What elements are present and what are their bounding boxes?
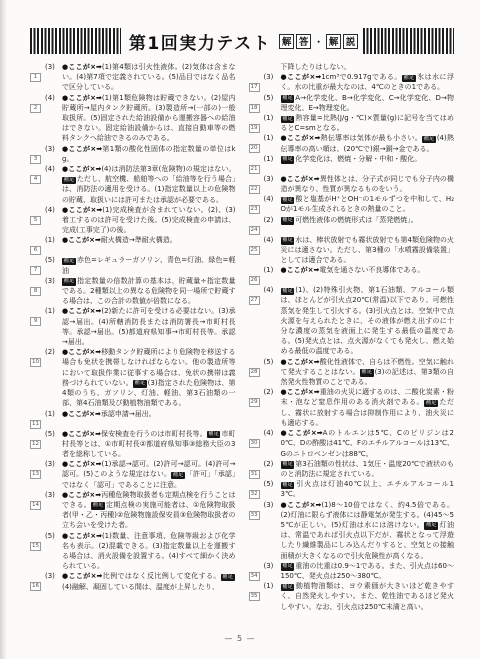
answer-item: 22(3)●ここが×➡異性体とは、分子式が同じでも分子内の構造が異なり、性質が異… <box>249 174 455 194</box>
item-answer: (4) <box>45 164 62 174</box>
wrong-marker: ●ここが×➡ <box>62 165 101 173</box>
item-number: 9 <box>30 317 41 326</box>
answer-item: 3(3)●ここが×➡第1類の酸化性固体の指定数量の単位はkg。 <box>30 144 236 164</box>
answer-item: 17(3)●ここが×➡1cm³で0.917gである。補足氷は水に浮く。水の比重が… <box>249 72 455 92</box>
item-explanation: ●ここが×➡丙種危険物取扱者も定期点検を行うことはできる。補足定期点検の実施可能… <box>62 490 236 531</box>
item-number-cell: 11 <box>30 409 45 429</box>
item-number-cell: 22 <box>249 174 264 194</box>
item-answer: (3) <box>45 144 62 154</box>
item-number-cell: 4 <box>30 164 45 184</box>
item-number: 4 <box>30 175 41 184</box>
answer-item: 13(3)●ここが×➡(1)承認→認可。(2)許可→認可。(4)許可→認可。(5… <box>30 459 236 490</box>
wrong-marker: ●ここが×➡ <box>62 206 102 214</box>
item-answer: (5) <box>45 255 62 265</box>
item-number: 22 <box>249 185 260 194</box>
hosoku-label: 補足 <box>62 177 76 184</box>
answer-item: 25(4)補足水は、棒状放射でも霧状放射でも第4類危険物の火災には適さない。ただ… <box>249 235 455 266</box>
answer-item: 23(4)補足酸と塩基がH⁺とOH⁻の1モルずつを中和して、H₂Oが1モル生成さ… <box>249 194 455 214</box>
wrong-marker: ●ここが×➡ <box>62 145 102 153</box>
item-answer: (3) <box>264 174 281 184</box>
item-answer: (4) <box>264 285 281 295</box>
item-explanation: ●ここが×➡1cm³で0.917gである。補足氷は水に浮く。水の比重が最大なのは… <box>281 72 455 92</box>
answer-item: 下降したりはしない。 <box>249 62 455 72</box>
content-columns: 1(3)●ここが×➡(1)第4類は引火性液体。(2)気体は含まない。(4)第7項… <box>30 62 454 612</box>
answer-item: 11(1)●ここが×➡承認申請→届出。 <box>30 409 236 429</box>
answer-item: 7(5)補足赤色=レギュラーガソリン、青色=灯油、緑色=軽油 <box>30 255 236 275</box>
item-answer: (4) <box>264 428 281 438</box>
answer-item: 24(2)補足可燃性液体の燃焼形式は「蒸発燃焼」。 <box>249 215 455 235</box>
item-explanation: 補足酸と塩基がH⁺とOH⁻の1モルずつを中和して、H₂Oが1モル生成されるときの… <box>281 194 455 214</box>
item-number: 7 <box>30 266 41 275</box>
item-number-cell: 14 <box>30 490 45 510</box>
item-explanation: 補足引火点は灯油40℃以上、エチルアルコール13℃。 <box>281 479 455 499</box>
right-stripe-bar <box>363 28 454 54</box>
answer-item: 8(3)補足指定数量の倍数計算の基本は、貯蔵量÷指定数量である。2種類以上の異な… <box>30 276 236 307</box>
item-answer: (1) <box>264 154 281 164</box>
item-number: 34 <box>249 572 260 581</box>
item-answer: (1) <box>45 235 62 245</box>
item-answer: (5) <box>45 429 62 439</box>
item-number-cell: 27 <box>249 285 264 305</box>
item-explanation: ●ここが×➡(2)新たに許可を受ける必要はない。(3)承認→届出。(4)所轄消防… <box>62 306 236 347</box>
item-explanation: ●ここが×➡(1)8〜10倍ではなく、約4.5倍である。(2)灯油に限らず液体に… <box>281 500 455 561</box>
answer-explanation-page: 第1回実力テスト 解 答 ・ 解 説 1(3)●ここが×➡(1)第4類は引火性液… <box>0 0 480 659</box>
hosoku-label: 補足 <box>281 461 295 468</box>
title-bar: 第1回実力テスト 解 答 ・ 解 説 <box>30 26 454 56</box>
answer-item: 4(4)●ここが×➡(4)は消防法第3章(危険物)の規定はない。補足ただし、航空… <box>30 164 236 205</box>
item-number-cell: 10 <box>30 347 45 367</box>
answer-item: 26(1)●ここが×➡電気を通さない不良導体である。 <box>249 265 455 285</box>
left-column: 1(3)●ここが×➡(1)第4類は引火性液体。(2)気体は含まない。(4)第7項… <box>30 62 236 612</box>
item-explanation: ●ここが×➡Aのトルエンは5℃、Cのピリジンは20℃、Dの酢酸は41℃、Fのエチ… <box>281 428 455 459</box>
item-answer: (3) <box>45 571 62 581</box>
item-number: 3 <box>30 155 41 164</box>
item-answer: (1) <box>264 581 281 591</box>
wrong-marker: ●ここが×➡ <box>62 63 102 71</box>
item-explanation: ●ここが×➡酸化性液体で、自らは不燃性。空気に触れて発火することはない。補足(3… <box>281 357 455 388</box>
item-number-cell: 34 <box>249 561 264 581</box>
item-answer: (3) <box>45 459 62 469</box>
answer-item: 9(1)●ここが×➡(2)新たに許可を受ける必要はない。(3)承認→届出。(4)… <box>30 306 236 347</box>
wrong-marker: ●ここが×➡ <box>281 134 321 142</box>
hosoku-label: 補足 <box>281 563 295 570</box>
hosoku-label: 補足 <box>402 75 416 82</box>
item-explanation: 補足A→化学変化、B→化学変化、C→化学変化、D→物理変化、E→物理変化。 <box>281 93 455 113</box>
item-explanation: ●ここが×➡保安検査を行うのは市町村長等。補足市町村長等とは、①市町村長②都道府… <box>62 429 236 460</box>
item-answer: (3) <box>264 72 281 82</box>
item-number: 17 <box>249 83 260 92</box>
item-number: 14 <box>30 501 41 510</box>
item-number: 21 <box>249 165 260 174</box>
hosoku-label: 補足 <box>281 197 295 204</box>
answer-item: 30(4)●ここが×➡Aのトルエンは5℃、Cのピリジンは20℃、Dの酢酸は41℃… <box>249 428 455 459</box>
item-answer: (3) <box>264 500 281 510</box>
item-number: 8 <box>30 287 41 296</box>
label-char-dot: ・ <box>313 35 324 48</box>
item-answer: (5) <box>264 93 281 103</box>
hosoku-label: 補足 <box>281 584 295 591</box>
item-explanation: ●ここが×➡承認申請→届出。 <box>62 409 236 419</box>
item-answer: (2) <box>45 347 62 357</box>
item-explanation: 補足指定数量の倍数計算の基本は、貯蔵量÷指定数量である。2種類以上の異なる危険物… <box>62 276 236 307</box>
wrong-marker: ●ここが×➡ <box>62 307 101 315</box>
item-explanation: 補足水は、棒状放射でも霧状放射でも第4類危険物の火災には適さない。ただし、第3種… <box>281 235 455 266</box>
hosoku-label: 補足 <box>281 156 295 163</box>
wrong-marker: ●ここが×➡ <box>62 572 102 580</box>
item-number-cell: 20 <box>249 133 264 153</box>
item-number-cell: 6 <box>30 235 45 255</box>
item-number: 26 <box>249 276 260 285</box>
item-number: 18 <box>249 104 260 113</box>
wrong-marker: ●ここが×➡ <box>281 73 322 81</box>
answer-item: 31(2)補足第3石油類の性状は、1気圧・温度20℃で液状のものと消防法に規定さ… <box>249 459 455 479</box>
item-number-cell: 2 <box>30 93 45 113</box>
hosoku-label: 補足 <box>91 502 105 509</box>
answer-item: 16(3)●ここが×➡比例ではなく反比例して変化する。補足(4)融解、凝固してい… <box>30 571 236 591</box>
wrong-marker: ●ここが×➡ <box>62 348 101 356</box>
hosoku-label: 補足 <box>281 288 295 295</box>
label-char-kai1: 解 <box>279 34 294 49</box>
answer-item: 29(2)●ここが×➡重油の火災に適するのは、二酸化炭素・粉末・泡など窒息作用の… <box>249 387 455 428</box>
item-number: 5 <box>30 216 41 225</box>
item-answer: (1) <box>264 265 281 275</box>
answer-item: 32(5)補足引火点は灯油40℃以上、エチルアルコール13℃。 <box>249 479 455 499</box>
item-explanation: ●ここが×➡熱伝導率は気体が最も小さい。補足(4)熱伝導率の高い順は、(20℃で… <box>281 133 455 153</box>
item-number-cell: 5 <box>30 205 45 225</box>
answer-item: 2(4)●ここが×➡(1)第1類危険物は貯蔵できない。(2)屋内貯蔵所→屋内タン… <box>30 93 236 144</box>
hosoku-label: 補足 <box>133 380 147 387</box>
item-explanation: ●ここが×➡耐火構造→準耐火構造。 <box>62 235 236 245</box>
item-number-cell: 30 <box>249 428 264 448</box>
hosoku-label: 補足 <box>424 400 438 407</box>
item-answer: (3) <box>45 62 62 72</box>
hosoku-label: 補足 <box>221 574 235 581</box>
label-char-setsu: 説 <box>343 34 358 49</box>
hosoku-label: 補足 <box>281 217 295 224</box>
item-explanation: ●ここが×➡移動タンク貯蔵所により危険物を移送する場合も免状を携帯しなければなら… <box>62 347 236 408</box>
item-number-cell: 21 <box>249 154 264 174</box>
item-number-cell: 31 <box>249 459 264 479</box>
answer-item: 12(5)●ここが×➡保安検査を行うのは市町村長等。補足市町村長等とは、①市町村… <box>30 429 236 460</box>
item-number-cell: 7 <box>30 255 45 275</box>
wrong-marker: ●ここが×➡ <box>281 358 320 366</box>
item-number-cell: 29 <box>249 387 264 407</box>
item-answer: (3) <box>45 276 62 286</box>
item-number-cell: 35 <box>249 581 264 601</box>
item-number: 32 <box>249 490 260 499</box>
scan-edge-shadow <box>0 0 7 659</box>
item-explanation: ●ここが×➡(1)第1類危険物は貯蔵できない。(2)屋内貯蔵所→屋内タンク貯蔵所… <box>62 93 236 144</box>
item-number-cell: 8 <box>30 276 45 296</box>
item-number-cell: 33 <box>249 500 264 520</box>
hosoku-label: 補足 <box>207 431 221 438</box>
hosoku-label: 補足 <box>62 278 76 285</box>
item-number: 29 <box>249 398 260 407</box>
hosoku-label: 補足 <box>360 369 374 376</box>
wrong-marker: ●ここが×➡ <box>281 429 323 437</box>
item-number: 6 <box>30 246 41 255</box>
item-answer: (1) <box>45 409 62 419</box>
item-number: 33 <box>249 511 260 520</box>
answer-item: 1(3)●ここが×➡(1)第4類は引火性液体。(2)気体は含まない。(4)第7項… <box>30 62 236 93</box>
page-number: — 5 — <box>0 634 480 643</box>
left-stripe-bar <box>30 28 121 54</box>
item-number: 23 <box>249 205 260 214</box>
item-explanation: ●ここが×➡異性体とは、分子式が同じでも分子内の構造が異なり、性質が異なるものを… <box>281 174 455 194</box>
item-number-cell: 19 <box>249 113 264 133</box>
item-explanation: ●ここが×➡(1)承認→認可。(2)許可→認可。(4)許可→認可。(5)このよう… <box>62 459 236 490</box>
item-number: 12 <box>30 440 41 449</box>
answer-item: 21(1)補足化学変化は、燃焼・分解・中和・酸化。 <box>249 154 455 174</box>
item-explanation: ●ここが×➡比例ではなく反比例して変化する。補足(4)融解、凝固している間は、温… <box>62 571 236 591</box>
item-number: 2 <box>30 104 41 113</box>
item-number-cell: 3 <box>30 144 45 164</box>
item-explanation: 下降したりはしない。 <box>281 62 455 72</box>
hosoku-label: 補足 <box>281 116 295 123</box>
item-number: 35 <box>249 592 260 601</box>
item-number-cell: 23 <box>249 194 264 214</box>
item-number: 24 <box>249 226 260 235</box>
item-number-cell: 25 <box>249 235 264 255</box>
answer-item: 20(1)●ここが×➡熱伝導率は気体が最も小さい。補足(4)熱伝導率の高い順は、… <box>249 133 455 153</box>
item-number-cell <box>249 62 264 63</box>
item-number-cell: 32 <box>249 479 264 499</box>
hosoku-label: 補足 <box>281 237 295 244</box>
answer-item: 19(1)補足熱容量=比熱(J/g・℃)×質量(g)に記号を当てはめるとC=sm… <box>249 113 455 133</box>
wrong-marker: ●ここが×➡ <box>62 410 101 418</box>
right-column: 下降したりはしない。17(3)●ここが×➡1cm³で0.917gである。補足氷は… <box>249 62 455 612</box>
item-number-cell: 28 <box>249 357 264 377</box>
answer-item: 33(3)●ここが×➡(1)8〜10倍ではなく、約4.5倍である。(2)灯油に限… <box>249 500 455 561</box>
item-answer: (4) <box>45 205 62 215</box>
item-explanation: ●ここが×➡(4)は消防法第3章(危険物)の規定はない。補足ただし、航空機、船舶… <box>62 164 236 205</box>
answer-item: 10(2)●ここが×➡移動タンク貯蔵所により危険物を移送する場合も免状を携帯しな… <box>30 347 236 408</box>
label-char-tou: 答 <box>296 34 311 49</box>
item-explanation: ●ここが×➡重油の火災に適するのは、二酸化炭素・粉末・泡など窒息作用のある消火剤… <box>281 387 455 428</box>
label-char-kai2: 解 <box>326 34 341 49</box>
item-answer: (1) <box>264 133 281 143</box>
wrong-marker: ●ここが×➡ <box>62 430 101 438</box>
item-number: 16 <box>30 582 41 591</box>
wrong-marker: ●ここが×➡ <box>62 491 101 499</box>
item-number-cell: 15 <box>30 531 45 551</box>
item-explanation: 補足第3石油類の性状は、1気圧・温度20℃で液状のものと消防法に規定されている。 <box>281 459 455 479</box>
hosoku-label: 補足 <box>171 472 185 479</box>
item-number-cell: 17 <box>249 72 264 92</box>
item-answer: (5) <box>264 479 281 489</box>
answer-item: 34(3)補足重油の比重は0.9〜1である。また、引火点は60〜150℃、発火点… <box>249 561 455 581</box>
answer-commentary-label: 解 答 ・ 解 説 <box>279 34 358 49</box>
wrong-marker: ●ここが×➡ <box>62 532 102 540</box>
hosoku-label: 補足 <box>281 482 295 489</box>
item-explanation: 補足化学変化は、燃焼・分解・中和・酸化。 <box>281 154 455 164</box>
item-explanation: 補足重油の比重は0.9〜1である。また、引火点は60〜150℃、発火点は250〜… <box>281 561 455 581</box>
answer-item: 35(1)補足動植物油類は、ヨウ素価が大きいほど乾きやすく、自然発火しやすい。ま… <box>249 581 455 612</box>
item-explanation: ●ここが×➡電気を通さない不良導体である。 <box>281 265 455 275</box>
item-answer: (4) <box>45 93 62 103</box>
item-explanation: ●ここが×➡(1)第4類は引火性液体。(2)気体は含まない。(4)第7項で定義さ… <box>62 62 236 93</box>
wrong-marker: ●ここが×➡ <box>62 460 101 468</box>
wrong-marker: ●ここが×➡ <box>62 236 101 244</box>
answer-item: 18(5)補足A→化学変化、B→化学変化、C→化学変化、D→物理変化、E→物理変… <box>249 93 455 113</box>
answer-item: 27(4)補足(1)、(2)特殊引火物、第1石油類、アルコール類は、ほとんどが引… <box>249 285 455 356</box>
item-number-cell: 18 <box>249 93 264 113</box>
item-answer: (2) <box>264 387 281 397</box>
item-number: 1 <box>30 73 41 82</box>
answer-item: 5(4)●ここが×➡(1)完成検査が含まれていない。(2)、(3)着工するのは許… <box>30 205 236 236</box>
item-number-cell: 26 <box>249 265 264 285</box>
item-number: 13 <box>30 470 41 479</box>
item-answer: (4) <box>264 235 281 245</box>
item-number: 27 <box>249 296 260 305</box>
item-explanation: ●ここが×➡(1)完成検査が含まれていない。(2)、(3)着工するのは許可を受け… <box>62 205 236 236</box>
item-answer: (1) <box>45 306 62 316</box>
item-explanation: 補足(1)、(2)特殊引火物、第1石油類、アルコール類は、ほとんどが引火点20℃… <box>281 285 455 356</box>
item-number-cell: 24 <box>249 215 264 235</box>
wrong-marker: ●ここが×➡ <box>281 501 322 509</box>
item-answer: (2) <box>264 215 281 225</box>
item-answer: (3) <box>45 490 62 500</box>
item-explanation: 補足動植物油類は、ヨウ素価が大きいほど乾きやすく、自然発火しやすい。また、乾性油… <box>281 581 455 612</box>
wrong-marker: ●ここが×➡ <box>281 388 320 396</box>
item-number-cell: 16 <box>30 571 45 591</box>
item-explanation: 補足熱容量=比熱(J/g・℃)×質量(g)に記号を当てはめるとC=smとなる。 <box>281 113 455 133</box>
item-number: 11 <box>30 420 41 429</box>
item-number: 28 <box>249 368 260 377</box>
hosoku-label: 補足 <box>62 258 76 265</box>
item-explanation: 補足可燃性液体の燃焼形式は「蒸発燃焼」。 <box>281 215 455 225</box>
item-explanation: ●ここが×➡第1類の酸化性固体の指定数量の単位はkg。 <box>62 144 236 164</box>
item-explanation: ●ここが×➡(1)数量、注意事項、危険等級および化学名も表示。(2)混載できる。… <box>62 531 236 572</box>
hosoku-label: 補足 <box>281 95 295 102</box>
wrong-marker: ●ここが×➡ <box>281 175 320 183</box>
item-number: 15 <box>30 542 41 551</box>
item-number: 19 <box>249 124 260 133</box>
hosoku-label: 補足 <box>422 136 436 143</box>
item-number: 30 <box>249 439 260 448</box>
item-explanation: 補足赤色=レギュラーガソリン、青色=灯油、緑色=軽油 <box>62 255 236 275</box>
item-number: 25 <box>249 246 260 255</box>
wrong-marker: ●ここが×➡ <box>281 266 320 274</box>
wrong-marker: ●ここが×➡ <box>62 94 102 102</box>
item-number-cell: 12 <box>30 429 45 449</box>
answer-item: 28(5)●ここが×➡酸化性液体で、自らは不燃性。空気に触れて発火することはない… <box>249 357 455 388</box>
hosoku-label: 補足 <box>424 522 438 529</box>
item-answer: (5) <box>45 531 62 541</box>
item-number: 31 <box>249 470 260 479</box>
answer-item: 14(3)●ここが×➡丙種危険物取扱者も定期点検を行うことはできる。補足定期点検… <box>30 490 236 531</box>
item-number-cell: 13 <box>30 459 45 479</box>
item-number-cell: 9 <box>30 306 45 326</box>
item-number: 10 <box>30 358 41 367</box>
answer-item: 15(5)●ここが×➡(1)数量、注意事項、危険等級および化学名も表示。(2)混… <box>30 531 236 572</box>
item-number: 20 <box>249 144 260 153</box>
item-answer: (5) <box>264 357 281 367</box>
item-answer: (3) <box>264 561 281 571</box>
item-answer: (2) <box>264 459 281 469</box>
answer-item: 6(1)●ここが×➡耐火構造→準耐火構造。 <box>30 235 236 255</box>
item-answer: (4) <box>264 194 281 204</box>
page-title: 第1回実力テスト <box>126 29 274 54</box>
item-number-cell: 1 <box>30 62 45 82</box>
item-answer: (1) <box>264 113 281 123</box>
